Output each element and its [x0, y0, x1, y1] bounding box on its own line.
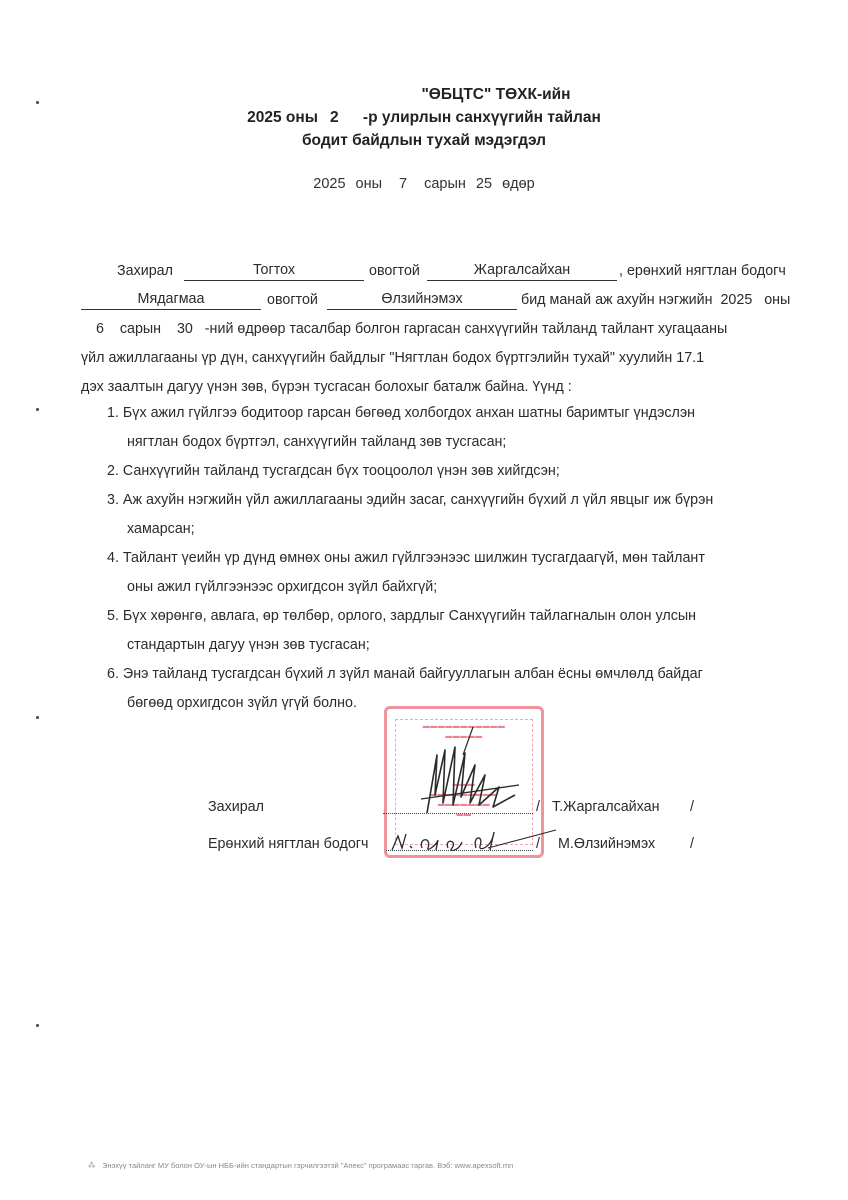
document-date: 2025оны7сарын25өдөр — [0, 176, 848, 192]
slash: / — [536, 799, 540, 815]
list-item-5-cont: стандартын дагуу үнэн зөв тусгасан; — [127, 637, 370, 653]
line3-text: -ний өдрөөр тасалбар болгон гаргасан сан… — [205, 321, 727, 337]
item-text: Тайлант үеийн үр дүнд өмнөх оны ажил гүй… — [123, 550, 705, 566]
director-signature-line — [383, 812, 533, 814]
item-text: Бүх хөрөнгө, авлага, өр төлбөр, орлого, … — [123, 608, 696, 624]
date-month: 7 — [399, 176, 407, 192]
report-title: 2025 оны 2 -р улирлын санхүүгийн тайлан — [0, 109, 848, 127]
chief-accountant-label: , ерөнхий нягтлан бодогч — [619, 263, 786, 279]
list-item-1: 1. Бүх ажил гүйлгээ бодитоор гарсан бөгө… — [107, 405, 695, 421]
report-title-rest: -р улирлын санхүүгийн тайлан — [363, 109, 601, 126]
body-line3: 6 сарын 30 -ний өдрөөр тасалбар болгон г… — [96, 321, 727, 337]
period-year: 2025 — [720, 292, 752, 308]
item-number: 4. — [107, 550, 119, 566]
item-text: Аж ахуйн нэгжийн үйл ажиллагааны эдийн з… — [123, 492, 713, 508]
list-item-5: 5. Бүх хөрөнгө, авлага, өр төлбөр, орлог… — [107, 608, 696, 624]
director-signature — [415, 725, 525, 830]
item-text: Бүх ажил гүйлгээ бодитоор гарсан бөгөөд … — [123, 405, 695, 421]
line2-text: бид манай аж ахуйн нэгжийн — [521, 292, 713, 308]
quarter-number: 2 — [322, 109, 346, 127]
list-item-2: 2. Санхүүгийн тайланд тусгагдсан бүх тоо… — [107, 463, 560, 479]
accountant-signature — [388, 818, 558, 858]
accountant-surname: Мядагмаа — [81, 290, 261, 310]
list-item-3-cont: хамарсан; — [127, 521, 195, 537]
accountant-printed-name: М.Өлзийнэмэх — [558, 836, 655, 852]
item-number: 5. — [107, 608, 119, 624]
body-line4: үйл ажиллагааны үр дүн, санхүүгийн байдл… — [81, 350, 704, 366]
period-month: 6 — [96, 321, 104, 337]
accountant-signature-line — [386, 849, 533, 851]
director-label: Захирал — [117, 263, 173, 279]
period-day: 30 — [177, 321, 193, 337]
list-item-6-cont: бөгөөд орхигдсон зүйл үгүй болно. — [127, 695, 357, 711]
slash: / — [690, 836, 694, 852]
date-sar: сарын — [424, 176, 466, 192]
accountant-name: Өлзийнэмэх — [327, 290, 517, 310]
company-title: "ӨБЦТС" ТӨХК-ийн — [72, 86, 848, 104]
ovogtoi-label: овогтой — [369, 263, 420, 279]
director-role-label: Захирал — [208, 799, 264, 815]
accountant-role-label: Ерөнхий нягтлан бодогч — [208, 836, 368, 852]
item-text: Санхүүгийн тайланд тусгагдсан бүх тооцоо… — [123, 463, 560, 479]
date-oni: оны — [356, 176, 383, 192]
report-year: 2025 — [247, 109, 281, 126]
margin-mark — [36, 408, 39, 411]
margin-mark — [36, 1024, 39, 1027]
item-number: 6. — [107, 666, 119, 682]
period-sar: сарын — [120, 321, 161, 337]
margin-mark — [36, 716, 39, 719]
list-item-3: 3. Аж ахуйн нэгжийн үйл ажиллагааны эдий… — [107, 492, 713, 508]
ovogtoi-label-2: овогтой — [267, 292, 318, 308]
list-item-1-cont: нягтлан бодох бүртгэл, санхүүгийн тайлан… — [127, 434, 506, 450]
item-number: 1. — [107, 405, 119, 421]
director-printed-name: Т.Жаргалсайхан — [552, 799, 660, 815]
item-text: Энэ тайланд тусгагдсан бүхий л зүйл мана… — [123, 666, 703, 682]
slash: / — [536, 836, 540, 852]
report-oni: оны — [286, 109, 318, 126]
apex-logo-icon: ⁂ — [88, 1161, 98, 1170]
item-number: 2. — [107, 463, 119, 479]
period-oni: оны — [764, 292, 790, 308]
margin-mark — [36, 101, 39, 104]
date-year: 2025 — [313, 176, 345, 192]
director-surname: Тогтох — [184, 261, 364, 281]
list-item-4-cont: оны ажил гүйлгээнээс орхигдсон зүйл байх… — [127, 579, 437, 595]
report-subtitle: бодит байдлын тухай мэдэгдэл — [0, 132, 848, 150]
footer-note: ⁂Энэхүү тайланг МУ болон ОУ-ын НББ-ийн с… — [88, 1161, 513, 1170]
body-line5: дэх заалтын дагуу үнэн зөв, бүрэн тусгас… — [81, 379, 572, 395]
list-item-4: 4. Тайлант үеийн үр дүнд өмнөх оны ажил … — [107, 550, 705, 566]
director-name: Жаргалсайхан — [427, 261, 617, 281]
footer-text: Энэхүү тайланг МУ болон ОУ-ын НББ-ийн ст… — [102, 1161, 513, 1170]
date-odor: өдөр — [502, 176, 535, 192]
list-item-6: 6. Энэ тайланд тусгагдсан бүхий л зүйл м… — [107, 666, 703, 682]
item-number: 3. — [107, 492, 119, 508]
date-day: 25 — [476, 176, 492, 192]
slash: / — [690, 799, 694, 815]
body-line2-rest: бид манай аж ахуйн нэгжийн 2025 оны — [521, 292, 790, 308]
